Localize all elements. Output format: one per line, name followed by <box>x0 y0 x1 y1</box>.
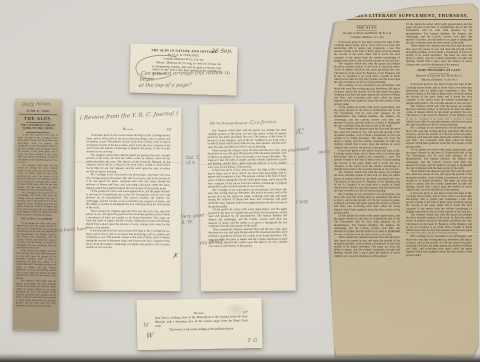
body-paragraph: The chapters which deal with the passes … <box>86 154 170 174</box>
body-paragraph: The chapters which deal with the passes … <box>17 164 57 192</box>
body-paragraph: Mr. Coolidge is not concerned to be pict… <box>406 127 472 149</box>
pencil-margin-note: enclosed <box>288 147 310 154</box>
body-paragraph: It has been given to few men to know the… <box>406 83 472 105</box>
body-paragraph: The chapters which deal with the passes … <box>406 105 472 127</box>
tls-left-column: THE ALPS. The Alps in Nature and History… <box>334 23 400 351</box>
body-paragraph: It has been given to few men to know the… <box>334 149 400 171</box>
newspaper-clipping: Daily News. JUNE 8, 1908. THE ALPS. MR. … <box>13 99 62 331</box>
body-paragraph: Of the guides he writes with warm apprec… <box>406 23 472 45</box>
body-paragraph: There remain the chapters upon the flora… <box>406 170 472 192</box>
page-fragment-reviews-127: Reviews. 127 have been a striking view o… <box>137 298 263 350</box>
page-number: 124. <box>209 121 215 125</box>
clipping-headline: THE ALPS. <box>15 116 61 122</box>
body-paragraph: The chapters which deal with the passes … <box>207 129 286 149</box>
publisher-review-slip: THE ALPS IN NATURE AND HISTORY By W. A. … <box>129 44 237 96</box>
body-paragraph: There remain the chapters upon the flora… <box>334 128 400 150</box>
times-literary-supplement-page: THE TIMES LITERARY SUPPLEMENT, THURSDAY,… <box>316 4 478 357</box>
tls-rule <box>357 31 377 32</box>
body-paragraph: It has been given to few men to know the… <box>18 134 58 165</box>
pencil-swirl-mark <box>131 50 178 89</box>
page-body: The chapters which deal with the passes … <box>207 129 287 280</box>
body-paragraph: The chapters which deal with the passes … <box>16 280 56 308</box>
running-head-title: Reviews. <box>194 311 205 315</box>
pencil-margin-note: Ital. T. of A. <box>186 156 200 166</box>
body-paragraph: Of the guides he writes with warm apprec… <box>208 208 287 228</box>
tls-citation-line: Macrae. (Oliphant. 7s. 6d. net.) <box>406 79 472 82</box>
clipping-subhead-2: WORK ON THE CHAIN. <box>15 127 61 131</box>
body-paragraph: It has been given to few men to know the… <box>86 134 170 154</box>
body-paragraph: The chapters which deal with the passes … <box>406 213 472 235</box>
body-paragraph: The chapters which deal with the passes … <box>334 63 400 85</box>
tls-citation-line: Histories of Lake and Fell. By the Rev. … <box>406 75 472 78</box>
body-paragraph: Of the guides he writes with warm apprec… <box>86 190 170 210</box>
pencil-margin-note: Very good — R. W. <box>181 213 211 226</box>
body-paragraph: It has been given to few men to know the… <box>208 168 287 188</box>
tls-columns: THE ALPS. The Alps in Nature and History… <box>334 23 472 351</box>
handwritten-header-correction: Club Journal <box>249 120 277 126</box>
body-paragraph: Mr. Coolidge is not concerned to be pict… <box>17 191 57 216</box>
margin-note-line: of A. <box>186 161 196 166</box>
pencil-cross-mark: ✗ <box>172 252 178 260</box>
fragment-text: have been a striking view of the Matterh… <box>155 315 248 328</box>
body-paragraph: Of the guides he writes with warm apprec… <box>17 222 57 250</box>
tls-right-column: Of the guides he writes with warm apprec… <box>406 23 472 351</box>
tls-review-headline: THE ALPS. <box>334 27 400 30</box>
page-corner-shadow <box>75 257 115 291</box>
handwritten-initials: T. G. <box>247 338 259 345</box>
body-paragraph: It has been given to few men to know the… <box>406 192 472 214</box>
tls-masthead: THE TIMES LITERARY SUPPLEMENT, THURSDAY, <box>334 13 472 18</box>
body-paragraph: There remain the chapters upon the flora… <box>406 45 472 67</box>
running-head: 124. The Yorkshire Ramblers' Club Journa… <box>199 121 294 127</box>
body-paragraph: Of the guides he writes with warm apprec… <box>334 214 400 236</box>
book-page-reviews-123: ( Review from the Y. R. C. Journal ) Rev… <box>75 107 182 292</box>
page-handwritten-heading: ( Review from the Y. R. C. Journal ) <box>75 111 183 122</box>
tls-citation-line: The Alps in Nature and History. By W. A.… <box>334 32 400 35</box>
running-head: Reviews. 123 <box>75 127 181 132</box>
tls-rule <box>429 73 449 74</box>
body-paragraph: Mr. Coolidge is not concerned to be pict… <box>406 235 472 257</box>
pencil-proof-mark: /C <box>296 128 304 136</box>
book-page-yrc-124: 124. The Yorkshire Ramblers' Club Journa… <box>199 104 296 292</box>
body-paragraph: Mr. Coolidge is not concerned to be pict… <box>334 193 400 215</box>
tls-subheadline: SOME HISTORIES OF LATE. <box>406 69 472 72</box>
page-number: 127 <box>243 310 248 314</box>
page-number: 123 <box>166 127 171 131</box>
body-paragraph: There remain the chapters upon the flora… <box>16 249 56 280</box>
body-paragraph: There remain the chapters upon the flora… <box>334 236 400 258</box>
pencil-margin-note: query <box>318 149 331 155</box>
body-paragraph: Mr. Coolidge is not concerned to be pict… <box>86 173 170 190</box>
tls-rule <box>429 67 449 68</box>
body-paragraph: It has been given to few men to know the… <box>86 229 170 249</box>
handwritten-fraction-mark: ½ <box>143 322 150 329</box>
body-paragraph: There remain the chapters upon the flora… <box>208 148 287 168</box>
pencil-margin-note: I say <box>296 198 308 205</box>
photo-canvas: Daily News. JUNE 8, 1908. THE ALPS. MR. … <box>0 0 480 362</box>
body-paragraph: The chapters which deal with the passes … <box>334 171 400 193</box>
clipping-crosshead: THE EARLY CLIMBERS. <box>17 218 57 221</box>
body-paragraph: Of the guides he writes with warm apprec… <box>334 106 400 128</box>
margin-note-line: Very good — <box>181 213 211 220</box>
page-body: It has been given to few men to know the… <box>86 134 171 276</box>
body-paragraph: Mr. Coolidge is not concerned to be pict… <box>334 84 400 106</box>
running-head-title: Reviews. <box>123 127 134 131</box>
tls-masthead-rule <box>334 19 472 20</box>
body-paragraph: There remain the chapters upon the flora… <box>86 210 170 230</box>
handwritten-w-mark: W <box>146 332 154 340</box>
body-paragraph: Mr. Coolidge is not concerned to be pict… <box>208 188 287 208</box>
clipping-handwritten-source: Daily News. <box>21 101 62 108</box>
tls-citation-line: Coolidge. (Methuen. 21s. net.) <box>334 36 400 39</box>
clipping-dateline: JUNE 8, 1908. <box>15 109 61 114</box>
margin-note-line: R. W. <box>181 220 193 226</box>
body-paragraph: Of the guides he writes with warm apprec… <box>406 148 472 170</box>
body-paragraph: It has been given to few men to know the… <box>334 41 400 63</box>
running-head-title: The Yorkshire Ramblers' <box>217 121 248 125</box>
fragment-last-line: The book is well worth reading at the pu… <box>155 328 248 333</box>
slip-handwritten-date: 26 Sep. <box>211 49 233 55</box>
